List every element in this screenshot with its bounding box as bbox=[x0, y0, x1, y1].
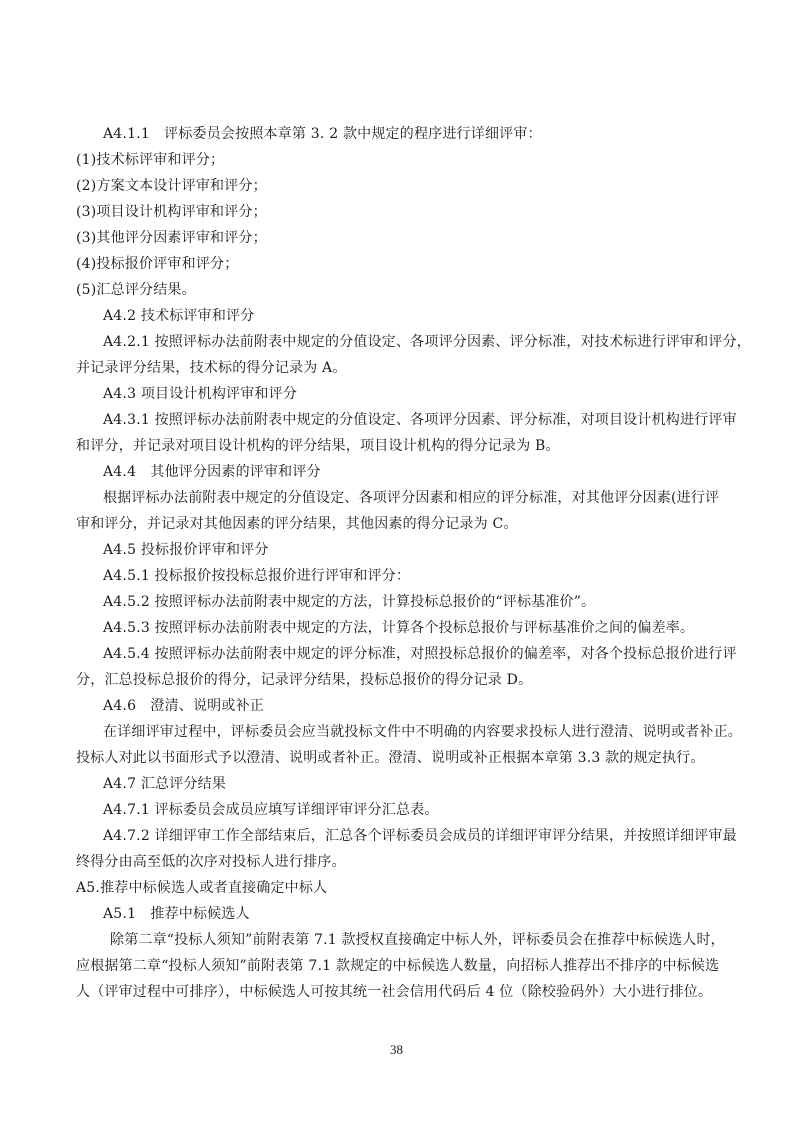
paragraph-line: A4.5.2 按照评标办法前附表中规定的方法，计算投标总报价的“评标基准价”。 bbox=[103, 592, 595, 612]
paragraph-line: 审和评分，并记录对其他因素的评分结果，其他因素的得分记录为 C。 bbox=[76, 514, 518, 534]
section-heading-a4-3: A4.3 项目设计机构评审和评分 bbox=[103, 384, 297, 404]
list-item: (2)方案文本设计评审和评分； bbox=[76, 176, 267, 196]
list-item: (1)技术标评审和评分； bbox=[76, 150, 224, 170]
paragraph-line: 并记录评分结果，技术标的得分记录为 A。 bbox=[76, 358, 347, 378]
paragraph-line: 在详细评审过程中，评标委员会应当就投标文件中不明确的内容要求投标人进行澄清、说明… bbox=[103, 722, 742, 742]
section-heading-a4-4: A4.4 其他评分因素的评审和评分 bbox=[103, 462, 321, 482]
section-heading-a5: A5.推荐中标候选人或者直接确定中标人 bbox=[76, 878, 327, 898]
section-heading-a4-7: A4.7 汇总评分结果 bbox=[103, 774, 226, 794]
paragraph-line: A4.5.1 投标报价按投标总报价进行评审和评分： bbox=[103, 566, 410, 586]
paragraph-line: 投标人对此以书面形式予以澄清、说明或者补正。澄清、说明或补正根据本章第 3.3 … bbox=[76, 748, 705, 768]
list-item: (3)项目设计机构评审和评分； bbox=[76, 202, 267, 222]
section-heading-a5-1: A5.1 推荐中标候选人 bbox=[103, 904, 250, 924]
paragraph-line: 分，汇总投标总报价的得分，记录评分结果，投标总报价的得分记录 D。 bbox=[76, 670, 532, 690]
list-item: (5)汇总评分结果。 bbox=[76, 280, 196, 300]
paragraph-line: 根据评标办法前附表中规定的分值设定、各项评分因素和相应的评分标准，对其他评分因素… bbox=[103, 488, 719, 508]
clause-a4-1-1: A4.1.1 评标委员会按照本章第 3. 2 款中规定的程序进行详细评审： bbox=[103, 124, 542, 144]
paragraph-line: A4.3.1 按照评标办法前附表中规定的分值设定、各项评分因素、评分标准，对项目… bbox=[103, 410, 737, 430]
paragraph-line: A4.7.1 评标委员会成员应填写详细评审评分汇总表。 bbox=[103, 800, 439, 820]
page-number: 38 bbox=[0, 1042, 793, 1058]
paragraph-line: A4.5.4 按照评标办法前附表中规定的评分标准，对照投标总报价的偏差率，对各个… bbox=[103, 644, 737, 664]
list-item: (4)投标报价评审和评分； bbox=[76, 254, 238, 274]
document-page: A4.1.1 评标委员会按照本章第 3. 2 款中规定的程序进行详细评审： (1… bbox=[0, 0, 793, 1122]
paragraph-line: A4.5.3 按照评标办法前附表中规定的方法，计算各个投标总报价与评标基准价之间… bbox=[103, 618, 694, 638]
paragraph-line: A4.2.1 按照评标办法前附表中规定的分值设定、各项评分因素、评分标准，对技术… bbox=[103, 332, 751, 352]
section-heading-a4-2: A4.2 技术标评审和评分 bbox=[103, 306, 254, 326]
paragraph-line: 应根据第二章“投标人须知”前附表第 7.1 款规定的中标候选人数量，向招标人推荐… bbox=[76, 956, 719, 976]
paragraph-line: 除第二章“投标人须知”前附表第 7.1 款授权直接确定中标人外，评标委员会在推荐… bbox=[110, 930, 725, 950]
section-heading-a4-6: A4.6 澄清、说明或补正 bbox=[103, 696, 264, 716]
list-item: (3)其他评分因素评审和评分； bbox=[76, 228, 267, 248]
section-heading-a4-5: A4.5 投标报价评审和评分 bbox=[103, 540, 269, 560]
paragraph-line: 终得分由高至低的次序对投标人进行排序。 bbox=[76, 852, 346, 872]
paragraph-line: 人（评审过程中可排序），中标候选人可按其统一社会信用代码后 4 位（除校验码外）… bbox=[76, 982, 712, 1002]
paragraph-line: 和评分，并记录对项目设计机构的评分结果，项目设计机构的得分记录为 B。 bbox=[76, 436, 560, 456]
paragraph-line: A4.7.2 详细评审工作全部结束后，汇总各个评标委员会成员的详细评审评分结果，… bbox=[103, 826, 737, 846]
